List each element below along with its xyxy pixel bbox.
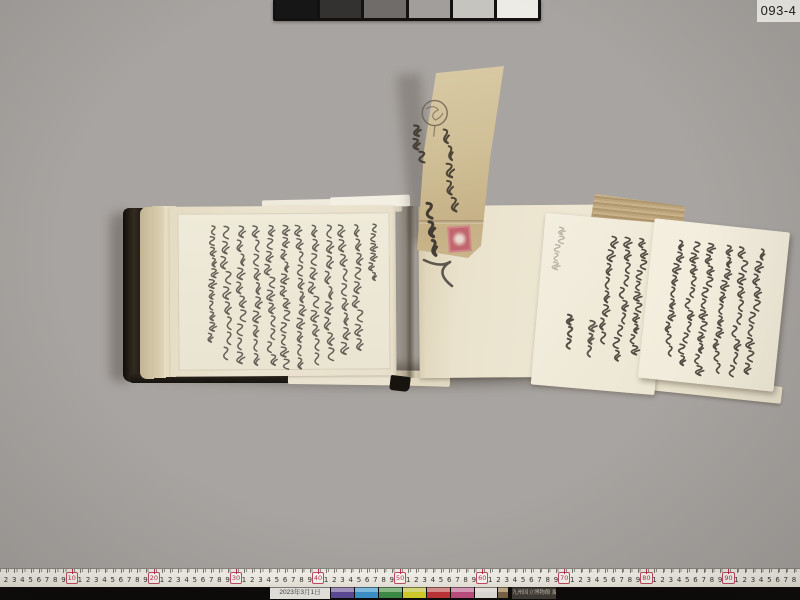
ruler-tick (318, 569, 319, 574)
ruler-tick (778, 569, 779, 573)
color-patch-solid (427, 592, 450, 598)
ruler-cm-label: 1 (650, 575, 658, 585)
footer-band: 2023年3月1日 九州国立博物館 撮影 (0, 585, 800, 600)
ruler-tick (392, 569, 393, 573)
ruler-tick (367, 569, 368, 573)
credit-label: 九州国立博物館 撮影 (512, 587, 556, 599)
color-patch-solid (355, 592, 378, 598)
ruler-tick (548, 569, 549, 573)
grayscale-patch (409, 0, 450, 18)
ruler-tick (236, 569, 237, 574)
ruler-cm-label: 5 (191, 575, 199, 585)
ruler-cm-label: 1 (486, 575, 494, 585)
ruler-cm-label: 1 (240, 575, 248, 585)
date-label: 2023年3月1日 (270, 587, 330, 599)
ruler-tick (269, 569, 270, 573)
ruler-cm-label: 3 (585, 575, 593, 585)
ruler-tick (654, 569, 655, 573)
ruler-cm-label: 5 (519, 575, 527, 585)
ruler-tick (466, 569, 467, 573)
ruler-cm-label: 5 (683, 575, 691, 585)
ruler-cm-label: 5 (27, 575, 35, 585)
ruler-tick (663, 569, 664, 573)
ruler-tick (581, 569, 582, 573)
ruler-tick (613, 569, 614, 573)
ruler-cm-label: 8 (626, 575, 634, 585)
color-patch-solid (379, 592, 402, 598)
ruler-tick (22, 569, 23, 573)
ruler-cm-label: 7 (700, 575, 708, 585)
ruler-cm-label: 7 (43, 575, 51, 585)
ruler-cm-label: 1 (568, 575, 576, 585)
ruler-cm-label: 3 (174, 575, 182, 585)
ruler-cm-label: 1 (76, 575, 84, 585)
ruler-tick (47, 569, 48, 573)
ruler-tick (14, 569, 15, 573)
ruler-tick (343, 569, 344, 573)
ruler-cm-label: 2 (412, 575, 420, 585)
ruler-tick (441, 569, 442, 573)
ruler-tick (400, 569, 401, 574)
ruler-cm-label: 4 (429, 575, 437, 585)
ruler-cm-label: 5 (355, 575, 363, 585)
ruler-cm-label: 7 (289, 575, 297, 585)
ruler-cm-label: 8 (380, 575, 388, 585)
ruler-cm-label: 7 (371, 575, 379, 585)
ruler-cm-label: 2 (659, 575, 667, 585)
ruler-tick (326, 569, 327, 573)
ruler-tick (589, 569, 590, 573)
color-patch-solid (331, 592, 354, 598)
ruler-tick (572, 569, 573, 573)
ruler-tick (293, 569, 294, 573)
color-patch (451, 587, 474, 598)
ruler-cm-label: 2 (330, 575, 338, 585)
ruler-cm-label: 8 (51, 575, 59, 585)
ruler-tick (55, 569, 56, 573)
ruler-cm-label: 6 (117, 575, 125, 585)
ruler-tick (228, 569, 229, 573)
ruler-tick (310, 569, 311, 573)
ruler-tick (728, 569, 729, 574)
color-patch (498, 587, 508, 598)
ruler-cm-label: 5 (601, 575, 609, 585)
ruler-tick (761, 569, 762, 573)
ruler-cm-label: 8 (298, 575, 306, 585)
ruler-cm-label: 6 (281, 575, 289, 585)
ruler-cm-label: 6 (35, 575, 43, 585)
color-patch-solid (498, 592, 508, 598)
ruler-cm-label: 8 (133, 575, 141, 585)
ruler-cm-label: 2 (741, 575, 749, 585)
ruler-tick (187, 569, 188, 573)
ruler-cm-label: 5 (273, 575, 281, 585)
ruler-tick (794, 569, 795, 573)
grayscale-calibration-bar (273, 0, 541, 21)
ruler-cm-label: 3 (667, 575, 675, 585)
ruler-cm-label: 8 (215, 575, 223, 585)
ruler-tick (351, 569, 352, 573)
color-patch-solid (403, 592, 426, 598)
ruler-tick (219, 569, 220, 573)
ruler-cm-label: 2 (2, 575, 10, 585)
ruler-tick (499, 569, 500, 573)
color-patch-solid (475, 592, 497, 598)
ruler-cm-label: 8 (462, 575, 470, 585)
grayscale-patch (320, 0, 361, 18)
ruler-cm-label: 3 (421, 575, 429, 585)
ruler-tick (39, 569, 40, 573)
ruler-tick (425, 569, 426, 573)
ruler-tick (88, 569, 89, 573)
grayscale-patch (364, 0, 405, 18)
ruler-cm-label: 6 (774, 575, 782, 585)
ruler-cm-label: 3 (749, 575, 757, 585)
ruler-tick (31, 569, 32, 573)
ruler-cm-label: 6 (527, 575, 535, 585)
ruler-cm-label: 4 (511, 575, 519, 585)
ruler-tick (285, 569, 286, 573)
ruler-tick (178, 569, 179, 573)
ruler-cm-label: 1 (158, 575, 166, 585)
ruler-cm-label: 7 (782, 575, 790, 585)
id-label: 093-4 (757, 0, 800, 22)
ruler-cm-label: 4 (675, 575, 683, 585)
ruler-tick (671, 569, 672, 573)
ruler-tick (162, 569, 163, 573)
ruler-cm-label: 6 (445, 575, 453, 585)
ruler-tick (449, 569, 450, 573)
ruler-cm-label: 3 (92, 575, 100, 585)
ruler-cm-label: 6 (609, 575, 617, 585)
ruler-cm-label: 7 (618, 575, 626, 585)
ruler-tick (531, 569, 532, 573)
ruler-cm-label: 2 (84, 575, 92, 585)
ruler-cm-label: 6 (692, 575, 700, 585)
spine-bottom (389, 375, 411, 392)
ruler-tick (6, 569, 7, 573)
ruler-tick (720, 569, 721, 573)
photograph: 093-4 2345678910123456789201234567893012… (0, 0, 800, 600)
ruler-cm-label: 1 (322, 575, 330, 585)
ruler-cm-label: 6 (199, 575, 207, 585)
ruler-cm-label: 4 (265, 575, 273, 585)
ruler-tick (80, 569, 81, 573)
ruler-tick (737, 569, 738, 573)
ruler-tick (170, 569, 171, 573)
ruler-tick (375, 569, 376, 573)
ruler-cm-label: 2 (577, 575, 585, 585)
ruler-tick (753, 569, 754, 573)
ruler-tick (72, 569, 73, 574)
ruler-tick (457, 569, 458, 573)
grayscale-patch (276, 0, 317, 18)
ruler-tick (622, 569, 623, 573)
ruler-tick (154, 569, 155, 574)
ruler-cm-label: 4 (757, 575, 765, 585)
ruler-tick (646, 569, 647, 574)
ruler-tick (195, 569, 196, 573)
ruler-tick (630, 569, 631, 573)
ruler-cm-label: 5 (437, 575, 445, 585)
color-patch (475, 587, 497, 598)
ruler-tick (203, 569, 204, 573)
ruler-tick (540, 569, 541, 573)
ruler-tick (605, 569, 606, 573)
ruler-cm-label: 2 (248, 575, 256, 585)
color-patch (427, 587, 450, 598)
ruler-cm-label: 4 (18, 575, 26, 585)
ruler-cm-label: 8 (708, 575, 716, 585)
color-patch (331, 587, 354, 598)
color-patch-solid (451, 592, 474, 598)
ruler-cm-label: 7 (125, 575, 133, 585)
ruler-tick (252, 569, 253, 573)
ruler-tick (474, 569, 475, 573)
ruler-cm-label: 4 (347, 575, 355, 585)
ruler-tick (137, 569, 138, 573)
color-calibration-strip (331, 587, 508, 598)
ruler-tick (63, 569, 64, 573)
ruler-tick (769, 569, 770, 573)
ruler-tick (638, 569, 639, 573)
red-postage-stamp-icon (447, 225, 472, 253)
ruler-tick (490, 569, 491, 573)
ruler-cm-label: 7 (453, 575, 461, 585)
ruler-cm-label: 4 (101, 575, 109, 585)
ruler-cm-label: 3 (503, 575, 511, 585)
ruler-cm-label: 2 (166, 575, 174, 585)
ruler-tick (564, 569, 565, 574)
ruler-cm-label: 3 (339, 575, 347, 585)
ruler-tick (359, 569, 360, 573)
ruler-tick (105, 569, 106, 573)
ruler-tick (515, 569, 516, 573)
ruler-cm-label: 6 (363, 575, 371, 585)
ruler-tick (482, 569, 483, 574)
ruler-tick (786, 569, 787, 573)
ruler-cm-label: 8 (544, 575, 552, 585)
ruler-tick (121, 569, 122, 573)
color-patch (355, 587, 378, 598)
ruler-tick (146, 569, 147, 573)
left-page-manuscript-sheet (177, 212, 390, 370)
ruler-cm-label: 5 (765, 575, 773, 585)
ruler-cm-label: 3 (256, 575, 264, 585)
ruler-tick (745, 569, 746, 573)
ruler-cm-label: 1 (404, 575, 412, 585)
ruler-cm-label: 8 (790, 575, 798, 585)
letter-sheet-right (638, 218, 790, 391)
ruler-tick (211, 569, 212, 573)
ruler-cm-label: 2 (495, 575, 503, 585)
grayscale-patch (497, 0, 538, 18)
ruler-tick (244, 569, 245, 573)
ruler-tick (384, 569, 385, 573)
ruler-tick (96, 569, 97, 573)
ruler-tick (687, 569, 688, 573)
ruler-tick (507, 569, 508, 573)
color-patch (403, 587, 426, 598)
ruler-tick (523, 569, 524, 573)
color-patch (379, 587, 402, 598)
ruler-tick (113, 569, 114, 573)
ruler-cm-label: 3 (10, 575, 18, 585)
ruler-tick (408, 569, 409, 573)
ruler-tick (696, 569, 697, 573)
ruler-tick (277, 569, 278, 573)
ruler-cm-label: 5 (109, 575, 117, 585)
ruler-tick (704, 569, 705, 573)
grayscale-patch (453, 0, 494, 18)
ruler-tick (416, 569, 417, 573)
ruler-tick (597, 569, 598, 573)
ruler-cm-label: 4 (183, 575, 191, 585)
ruler-tick (334, 569, 335, 573)
ruler-cm-label: 7 (207, 575, 215, 585)
ruler-tick (302, 569, 303, 573)
ruler-tick (679, 569, 680, 573)
ruler-tick (556, 569, 557, 573)
ruler-cm-label: 7 (536, 575, 544, 585)
ruler-tick (260, 569, 261, 573)
ruler-tick (129, 569, 130, 573)
ruler-tape: 2345678910123456789201234567893012345678… (0, 569, 800, 587)
ruler-cm-label: 1 (733, 575, 741, 585)
ruler-tick (712, 569, 713, 573)
ruler-cm-label: 4 (593, 575, 601, 585)
ruler-tick (433, 569, 434, 573)
